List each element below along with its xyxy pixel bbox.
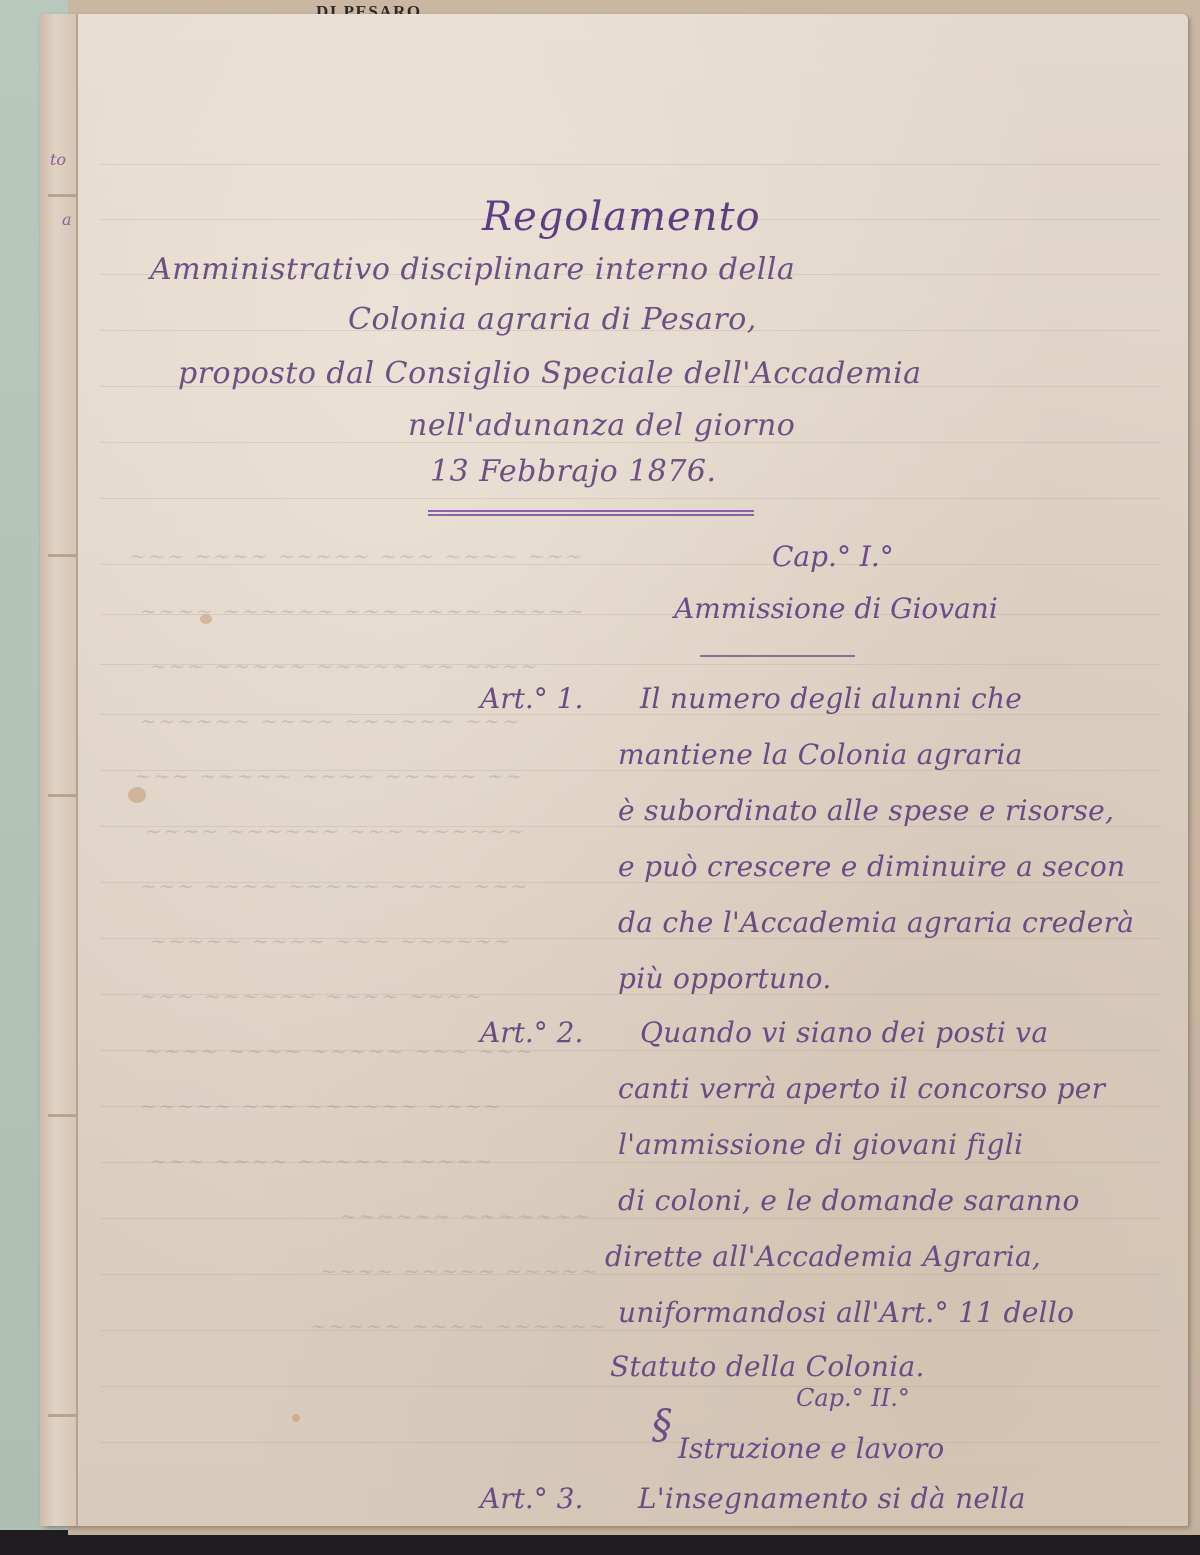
bleed-through-text: ~~~~~ ~~~~ ~~~ ~~~~~~: [146, 929, 517, 953]
subtitle-line: Colonia agraria di Pesaro,: [348, 302, 757, 337]
binding-stitch: [48, 194, 76, 197]
chapter-label: Cap.° I.°: [772, 540, 894, 573]
article-line: e può crescere e diminuire a secon: [618, 850, 1125, 883]
article-line: è subordinato alle spese e risorse,: [618, 794, 1114, 827]
ruled-line: [100, 1330, 1160, 1331]
ruled-line: [100, 1274, 1160, 1275]
bleed-through-text: ~~~ ~~~~~~ ~~~~ ~~~~: [136, 984, 488, 1008]
article-line: canti verrà aperto il concorso per: [618, 1072, 1105, 1105]
paper-stain: [200, 614, 212, 624]
article-line: di coloni, e le domande saranno: [618, 1184, 1080, 1217]
manuscript-page: ~~~ ~~~~ ~~~~~ ~~~ ~~~~ ~~~ ~~~~ ~~~~~~ …: [40, 14, 1188, 1526]
article-label: Art.° 2.: [480, 1016, 583, 1049]
binding-stitch: [48, 1414, 76, 1417]
article-line: l'ammissione di giovani figli: [618, 1128, 1023, 1161]
article-line: Quando vi siano dei posti va: [640, 1016, 1048, 1049]
ruled-line: [100, 1386, 1160, 1387]
chapter-title: Istruzione e lavoro: [678, 1432, 944, 1465]
article-line: dirette all'Accademia Agraria,: [605, 1240, 1041, 1273]
subtitle-line: Amministrativo disciplinare interno dell…: [150, 252, 795, 287]
binding-spine: [40, 14, 78, 1526]
ruled-line: [100, 498, 1160, 499]
bleed-through-text: ~~~~~~ ~~~~~~~: [336, 1204, 596, 1228]
binding-stitch: [48, 794, 76, 797]
paper-stain: [128, 787, 146, 803]
margin-note: to: [50, 150, 66, 169]
paper-stain: [292, 1414, 300, 1422]
article-line: L'insegnamento si dà nella: [638, 1482, 1026, 1515]
date-line: 13 Febbrajo 1876.: [430, 454, 717, 489]
subtitle-line: nell'adunanza del giorno: [408, 408, 795, 443]
section-mark-icon: §: [652, 1402, 672, 1448]
bleed-through-text: ~~~ ~~~~ ~~~~~ ~~~~~: [146, 1149, 498, 1173]
article-line: da che l'Accademia agraria crederà: [618, 906, 1134, 939]
bleed-through-text: ~~~ ~~~~~ ~~~~ ~~~~~ ~~: [131, 764, 529, 788]
article-line: uniformandosi all'Art.° 11 dello: [618, 1296, 1074, 1329]
article-line: Statuto della Colonia.: [610, 1350, 925, 1383]
bleed-through-text: ~~~~ ~~~~~ ~~~~~: [316, 1259, 603, 1283]
chapter-rule: [700, 655, 855, 657]
subtitle-line: proposto dal Consiglio Speciale dell'Acc…: [178, 356, 922, 391]
title-double-rule: [428, 510, 754, 512]
chapter-label: Cap.° II.°: [796, 1384, 910, 1412]
document-title: Regolamento: [482, 194, 761, 240]
article-line: mantiene la Colonia agraria: [618, 738, 1023, 771]
ruled-line: [100, 1442, 1160, 1443]
bleed-through-text: ~~~~~~ ~~~~ ~~~~~~ ~~~: [136, 709, 525, 733]
article-label: Art.° 3.: [480, 1482, 583, 1515]
binding-stitch: [48, 1114, 76, 1117]
margin-note: a: [62, 210, 72, 229]
article-line: Il numero degli alunni che: [640, 682, 1022, 715]
ruled-line: [100, 1218, 1160, 1219]
article-line: più opportuno.: [618, 962, 832, 995]
bleed-through-text: ~~~~~ ~~~ ~~~~~~ ~~~~: [136, 1094, 507, 1118]
bleed-through-text: ~~~~ ~~~~~~ ~~~ ~~~~~~: [141, 819, 530, 843]
chapter-title: Ammissione di Giovani: [674, 592, 998, 625]
article-label: Art.° 1.: [480, 682, 583, 715]
ruled-line: [100, 164, 1160, 165]
bleed-through-text: ~~~~~ ~~~~ ~~~~~~: [306, 1314, 612, 1338]
binding-stitch: [48, 554, 76, 557]
bleed-through-text: ~~~ ~~~~ ~~~~~ ~~~~ ~~~: [136, 874, 534, 898]
bleed-through-text: ~~~ ~~~~~ ~~~~~ ~~ ~~~~: [146, 654, 544, 678]
bleed-through-text: ~~~ ~~~~ ~~~~~ ~~~ ~~~~ ~~~: [126, 544, 634, 568]
